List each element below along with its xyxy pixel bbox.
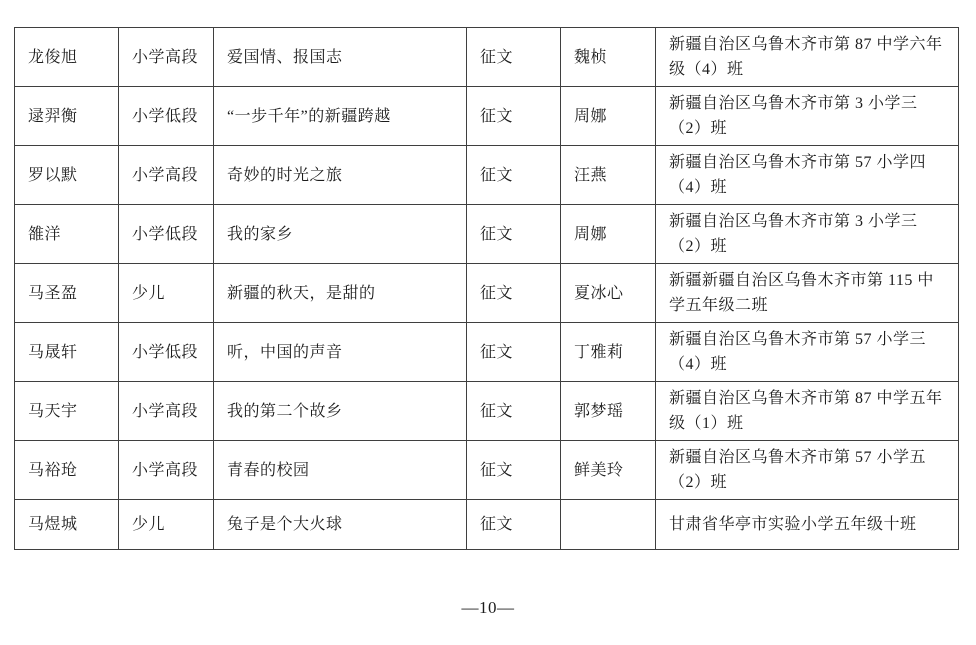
school-cell: 新疆新疆自治区乌鲁木齐市第 115 中学五年级二班 bbox=[656, 264, 959, 323]
school-cell: 甘肃省华亭市实验小学五年级十班 bbox=[656, 500, 959, 550]
category-cell: 小学低段 bbox=[119, 323, 214, 382]
school-cell: 新疆自治区乌鲁木齐市第 87 中学五年级（1）班 bbox=[656, 382, 959, 441]
school-cell: 新疆自治区乌鲁木齐市第 57 小学三（4）班 bbox=[656, 323, 959, 382]
table-row: 马圣盈 少儿 新疆的秋天，是甜的 征文 夏冰心 新疆新疆自治区乌鲁木齐市第 11… bbox=[15, 264, 959, 323]
school-cell: 新疆自治区乌鲁木齐市第 3 小学三（2）班 bbox=[656, 87, 959, 146]
table-row: 罗以默 小学高段 奇妙的时光之旅 征文 汪燕 新疆自治区乌鲁木齐市第 57 小学… bbox=[15, 146, 959, 205]
entrant-name-cell: 马天宇 bbox=[15, 382, 119, 441]
entry-type-cell: 征文 bbox=[467, 323, 561, 382]
entry-type-cell: 征文 bbox=[467, 28, 561, 87]
work-title-cell: 青春的校园 bbox=[214, 441, 467, 500]
entry-type-cell: 征文 bbox=[467, 205, 561, 264]
entry-type-cell: 征文 bbox=[467, 146, 561, 205]
school-cell: 新疆自治区乌鲁木齐市第 57 小学四（4）班 bbox=[656, 146, 959, 205]
teacher-cell: 夏冰心 bbox=[561, 264, 656, 323]
table-row: 龙俊旭 小学高段 爱国情、报国志 征文 魏桢 新疆自治区乌鲁木齐市第 87 中学… bbox=[15, 28, 959, 87]
work-title-cell: 新疆的秋天，是甜的 bbox=[214, 264, 467, 323]
document-page: 龙俊旭 小学高段 爱国情、报国志 征文 魏桢 新疆自治区乌鲁木齐市第 87 中学… bbox=[0, 0, 976, 645]
entrant-name-cell: 罗以默 bbox=[15, 146, 119, 205]
teacher-cell: 魏桢 bbox=[561, 28, 656, 87]
teacher-cell: 郭梦瑶 bbox=[561, 382, 656, 441]
page-number: —10— bbox=[0, 598, 976, 618]
category-cell: 小学低段 bbox=[119, 205, 214, 264]
teacher-cell: 丁雅莉 bbox=[561, 323, 656, 382]
entrant-name-cell: 逯羿衡 bbox=[15, 87, 119, 146]
entry-type-cell: 征文 bbox=[467, 500, 561, 550]
teacher-cell: 周娜 bbox=[561, 205, 656, 264]
work-title-cell: 奇妙的时光之旅 bbox=[214, 146, 467, 205]
entrant-name-cell: 马晟轩 bbox=[15, 323, 119, 382]
category-cell: 小学高段 bbox=[119, 146, 214, 205]
teacher-cell: 汪燕 bbox=[561, 146, 656, 205]
category-cell: 小学高段 bbox=[119, 382, 214, 441]
table-row: 马裕玱 小学高段 青春的校园 征文 鲜美玲 新疆自治区乌鲁木齐市第 57 小学五… bbox=[15, 441, 959, 500]
table-row: 马天宇 小学高段 我的第二个故乡 征文 郭梦瑶 新疆自治区乌鲁木齐市第 87 中… bbox=[15, 382, 959, 441]
work-title-cell: 兔子是个大火球 bbox=[214, 500, 467, 550]
category-cell: 少儿 bbox=[119, 264, 214, 323]
category-cell: 少儿 bbox=[119, 500, 214, 550]
teacher-cell bbox=[561, 500, 656, 550]
work-title-cell: 我的第二个故乡 bbox=[214, 382, 467, 441]
entry-type-cell: 征文 bbox=[467, 441, 561, 500]
category-cell: 小学高段 bbox=[119, 28, 214, 87]
teacher-cell: 周娜 bbox=[561, 87, 656, 146]
entrant-name-cell: 马煜城 bbox=[15, 500, 119, 550]
category-cell: 小学高段 bbox=[119, 441, 214, 500]
work-title-cell: 听，中国的声音 bbox=[214, 323, 467, 382]
work-title-cell: 我的家乡 bbox=[214, 205, 467, 264]
entrant-name-cell: 马裕玱 bbox=[15, 441, 119, 500]
entrant-name-cell: 龙俊旭 bbox=[15, 28, 119, 87]
school-cell: 新疆自治区乌鲁木齐市第 87 中学六年级（4）班 bbox=[656, 28, 959, 87]
table-row: 马晟轩 小学低段 听，中国的声音 征文 丁雅莉 新疆自治区乌鲁木齐市第 57 小… bbox=[15, 323, 959, 382]
school-cell: 新疆自治区乌鲁木齐市第 57 小学五（2）班 bbox=[656, 441, 959, 500]
entry-type-cell: 征文 bbox=[467, 87, 561, 146]
entrant-name-cell: 雒洋 bbox=[15, 205, 119, 264]
teacher-cell: 鲜美玲 bbox=[561, 441, 656, 500]
work-title-cell: “一步千年”的新疆跨越 bbox=[214, 87, 467, 146]
entries-table: 龙俊旭 小学高段 爱国情、报国志 征文 魏桢 新疆自治区乌鲁木齐市第 87 中学… bbox=[14, 27, 959, 550]
work-title-cell: 爱国情、报国志 bbox=[214, 28, 467, 87]
entrant-name-cell: 马圣盈 bbox=[15, 264, 119, 323]
school-cell: 新疆自治区乌鲁木齐市第 3 小学三（2）班 bbox=[656, 205, 959, 264]
table-row: 逯羿衡 小学低段 “一步千年”的新疆跨越 征文 周娜 新疆自治区乌鲁木齐市第 3… bbox=[15, 87, 959, 146]
entry-type-cell: 征文 bbox=[467, 382, 561, 441]
category-cell: 小学低段 bbox=[119, 87, 214, 146]
table-row: 马煜城 少儿 兔子是个大火球 征文 甘肃省华亭市实验小学五年级十班 bbox=[15, 500, 959, 550]
table-row: 雒洋 小学低段 我的家乡 征文 周娜 新疆自治区乌鲁木齐市第 3 小学三（2）班 bbox=[15, 205, 959, 264]
entry-type-cell: 征文 bbox=[467, 264, 561, 323]
entries-table-body: 龙俊旭 小学高段 爱国情、报国志 征文 魏桢 新疆自治区乌鲁木齐市第 87 中学… bbox=[15, 28, 959, 550]
